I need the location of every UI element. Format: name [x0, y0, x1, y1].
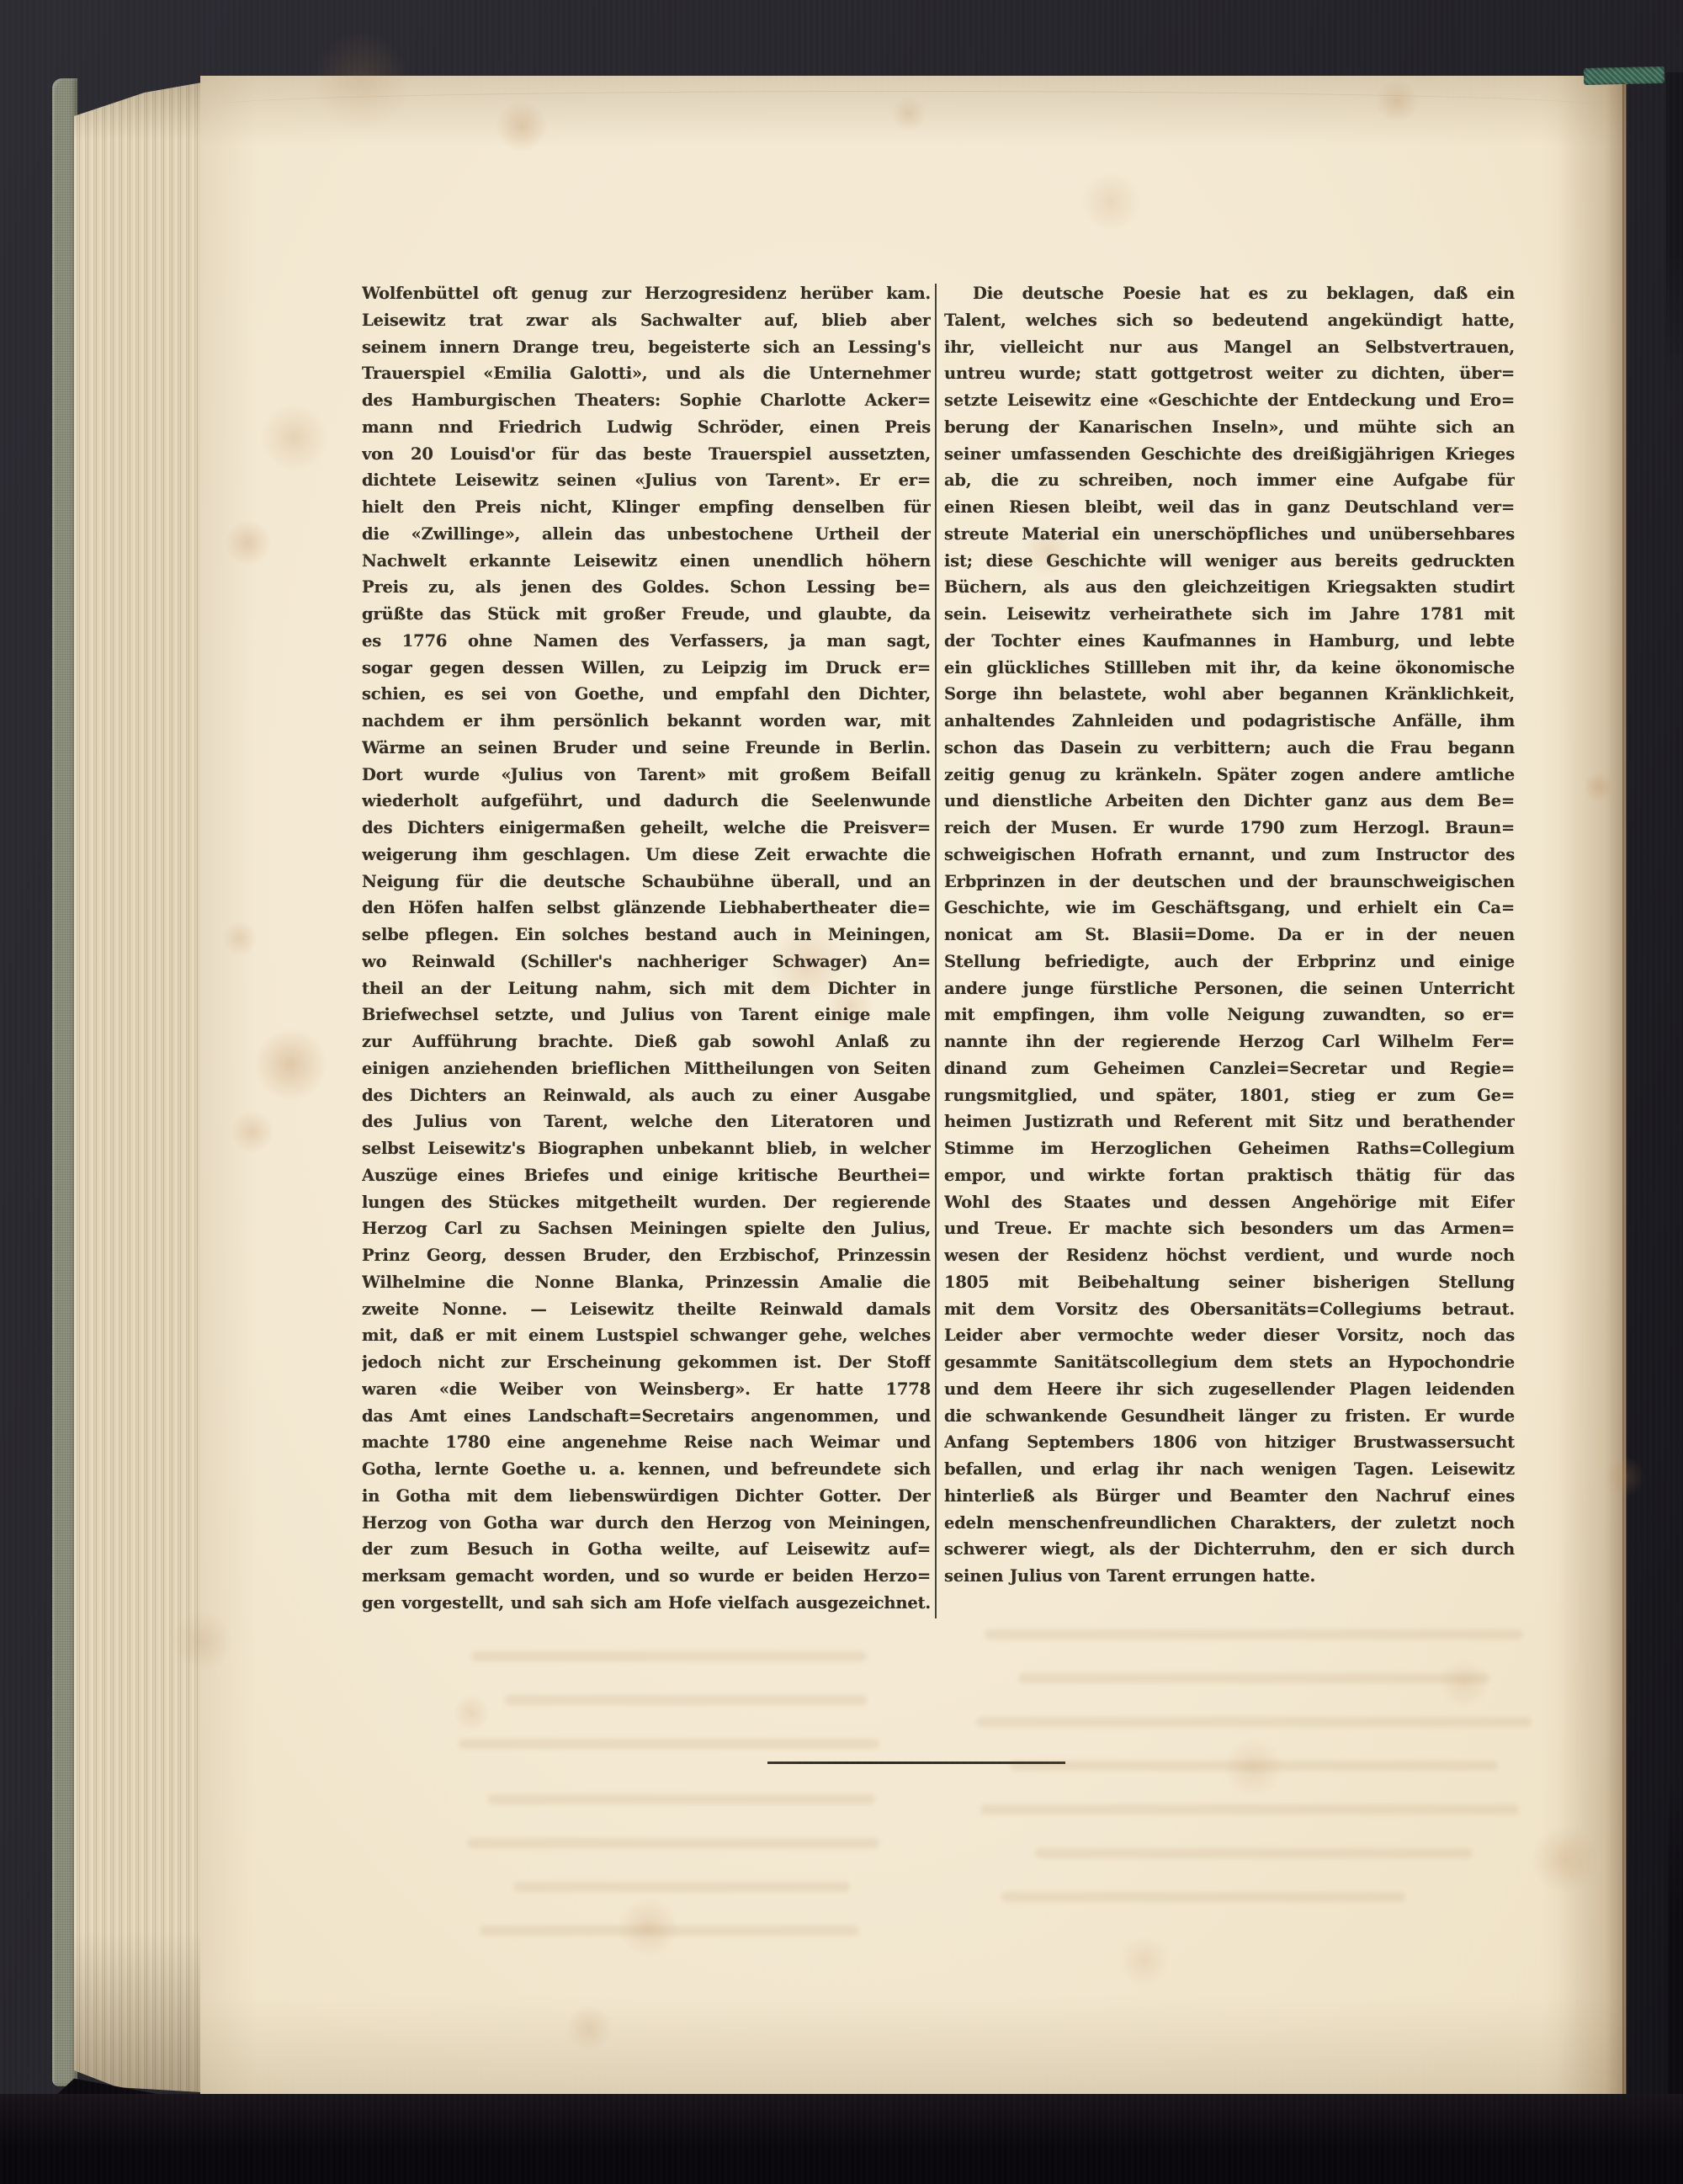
text-line: hinterließ als Bürger und Beamter den Na…	[944, 1483, 1515, 1510]
text-line: wesen der Residenz höchst verdient, und …	[944, 1242, 1515, 1269]
text-line: Stimme im Herzoglichen Geheimen Raths=Co…	[944, 1135, 1515, 1162]
text-line: den Höfen halfen selbst glänzende Liebha…	[362, 895, 931, 922]
text-line: das Amt eines Landschaft=Secretairs ange…	[362, 1403, 931, 1430]
text-line: wo Reinwald (Schiller's nachheriger Schw…	[362, 949, 931, 975]
text-line: theil an der Leitung nahm, sich mit dem …	[362, 975, 931, 1002]
text-line: einigen anziehenden brieflichen Mittheil…	[362, 1055, 931, 1082]
book-cover-edge	[52, 78, 77, 2086]
text-line: Gotha, lernte Goethe u. a. kennen, und b…	[362, 1456, 931, 1483]
text-line: mit dem Vorsitz des Obersanitäts=Collegi…	[944, 1296, 1515, 1323]
text-line: edeln menschenfreundlichen Charakters, d…	[944, 1510, 1515, 1537]
text-line: zur Aufführung brachte. Dieß gab sowohl …	[362, 1028, 931, 1055]
text-line: einen Riesen bleibt, weil das in ganz De…	[944, 494, 1515, 521]
text-line: seinem innern Drange treu, begeisterte s…	[362, 334, 931, 361]
text-line: weigerung ihm geschlagen. Um diese Zeit …	[362, 842, 931, 869]
text-line: untreu wurde; statt gottgetrost weiter z…	[944, 360, 1515, 387]
book-photo: Wolfenbüttel oft genug zur Herzogresiden…	[0, 0, 1683, 2184]
text-line: die schwankende Gesundheit länger zu fri…	[944, 1403, 1515, 1430]
text-line: schwerer wiegt, als der Dichterruhm, den…	[944, 1536, 1515, 1563]
text-line: schon das Dasein zu verbittern; auch die…	[944, 735, 1515, 762]
text-line: mit empfingen, ihm volle Neigung zuwandt…	[944, 1002, 1515, 1028]
text-line: der Tochter eines Kaufmannes in Hamburg,…	[944, 628, 1515, 655]
text-line: ist; diese Geschichte will weniger aus b…	[944, 548, 1515, 575]
text-line: andere junge fürstliche Personen, die se…	[944, 975, 1515, 1002]
text-line: schien, es sei von Goethe, und empfahl d…	[362, 681, 931, 708]
text-line: dichtete Leisewitz seinen «Julius von Ta…	[362, 467, 931, 494]
text-line: Nachwelt erkannte Leisewitz einen unendl…	[362, 548, 931, 575]
text-line: und Treue. Er machte sich besonders um d…	[944, 1215, 1515, 1242]
text-line: selbe pflegen. Ein solches bestand auch …	[362, 922, 931, 949]
text-line: Herzog Carl zu Sachsen Meiningen spielte…	[362, 1215, 931, 1242]
text-line: in Gotha mit dem liebenswürdigen Dichter…	[362, 1483, 931, 1510]
text-line: nachdem er ihm persönlich bekannt worden…	[362, 708, 931, 735]
text-line: mann nnd Friedrich Ludwig Schröder, eine…	[362, 414, 931, 441]
text-line: seinen Julius von Tarent errungen hatte.	[944, 1563, 1515, 1590]
text-line: 1805 mit Beibehaltung seiner bisherigen …	[944, 1269, 1515, 1296]
text-line: Geschichte, wie im Geschäftsgang, und er…	[944, 895, 1515, 922]
text-line: Preis zu, als jenen des Goldes. Schon Le…	[362, 574, 931, 601]
cover-cloth-top-right	[1584, 66, 1664, 85]
text-line: selbst Leisewitz's Biographen unbekannt …	[362, 1135, 931, 1162]
text-line: Wolfenbüttel oft genug zur Herzogresiden…	[362, 280, 931, 307]
text-line: zeitig genug zu kränkeln. Später zogen a…	[944, 762, 1515, 789]
text-line: reich der Musen. Er wurde 1790 zum Herzo…	[944, 815, 1515, 842]
text-line: Briefwechsel setzte, und Julius von Tare…	[362, 1002, 931, 1028]
text-line: ein glückliches Stillleben mit ihr, da k…	[944, 655, 1515, 682]
text-line: heimen Justizrath und Referent mit Sitz …	[944, 1108, 1515, 1135]
text-line: waren «die Weiber von Weinsberg». Er hat…	[362, 1376, 931, 1403]
text-line: setzte Leisewitz eine «Geschichte der En…	[944, 387, 1515, 414]
text-line: des Dichters einigermaßen geheilt, welch…	[362, 815, 931, 842]
text-line: Auszüge eines Briefes und einige kritisc…	[362, 1162, 931, 1189]
text-line: mit, daß er mit einem Lustspiel schwange…	[362, 1322, 931, 1349]
backdrop-bottom	[0, 2094, 1683, 2184]
text-line: anhaltendes Zahnleiden und podagristisch…	[944, 708, 1515, 735]
text-line: grüßte das Stück mit großer Freude, und …	[362, 601, 931, 628]
text-line: nonicat am St. Blasii=Dome. Da er in der…	[944, 922, 1515, 949]
text-line: Büchern, als aus den gleichzeitigen Krie…	[944, 574, 1515, 601]
end-rule	[767, 1762, 1065, 1764]
text-line: dinand zum Geheimen Canzlei=Secretar und…	[944, 1055, 1515, 1082]
backdrop-edge-top-right	[1666, 72, 1683, 392]
text-line: Wärme an seinen Bruder und seine Freunde…	[362, 735, 931, 762]
text-line: Leisewitz trat zwar als Sachwalter auf, …	[362, 307, 931, 334]
text-line: empor, und wirkte fortan praktisch thäti…	[944, 1162, 1515, 1189]
column-divider	[935, 284, 937, 1618]
text-line: Talent, welches sich so bedeutend angekü…	[944, 307, 1515, 334]
text-line: sein. Leisewitz verheirathete sich im Ja…	[944, 601, 1515, 628]
text-line: Erbprinzen in der deutschen und der brau…	[944, 869, 1515, 895]
text-line: es 1776 ohne Namen des Verfassers, ja ma…	[362, 628, 931, 655]
text-line: lungen des Stückes mitgetheilt wurden. D…	[362, 1189, 931, 1216]
text-line: Herzog von Gotha war durch den Herzog vo…	[362, 1510, 931, 1537]
text-line: Wilhelmine die Nonne Blanka, Prinzessin …	[362, 1269, 931, 1296]
text-line: von 20 Louisd'or für das beste Trauerspi…	[362, 441, 931, 468]
text-line: Neigung für die deutsche Schaubühne über…	[362, 869, 931, 895]
text-line: Anfang Septembers 1806 von hitziger Brus…	[944, 1429, 1515, 1456]
text-line: wiederholt aufgeführt, und dadurch die S…	[362, 788, 931, 815]
text-line: Prinz Georg, dessen Bruder, den Erzbisch…	[362, 1242, 931, 1269]
gutter-shadow	[1558, 76, 1626, 2097]
text-line: nannte ihn der regierende Herzog Carl Wi…	[944, 1028, 1515, 1055]
text-line: gen vorgestellt, und sah sich am Hofe vi…	[362, 1590, 931, 1617]
text-line: seiner umfassenden Geschichte des dreißi…	[944, 441, 1515, 468]
gutter-crease	[1622, 74, 1627, 2097]
text-line: jedoch nicht zur Erscheinung gekommen is…	[362, 1349, 931, 1376]
text-column-right: Die deutsche Poesie hat es zu beklagen, …	[944, 280, 1515, 1590]
text-line: Trauerspiel «Emilia Galotti», und als di…	[362, 360, 931, 387]
text-line: und dem Heere ihr sich zugesellender Pla…	[944, 1376, 1515, 1403]
text-line: der zum Besuch in Gotha weilte, auf Leis…	[362, 1536, 931, 1563]
text-line: merksam gemacht worden, und so wurde er …	[362, 1563, 931, 1590]
text-line: die «Zwillinge», allein das unbestochene…	[362, 521, 931, 548]
text-line: Dort wurde «Julius von Tarent» mit große…	[362, 762, 931, 789]
text-column-left: Wolfenbüttel oft genug zur Herzogresiden…	[362, 280, 931, 1617]
text-line: und dienstliche Arbeiten den Dichter gan…	[944, 788, 1515, 815]
text-line: sogar gegen dessen Willen, zu Leipzig im…	[362, 655, 931, 682]
text-line: machte 1780 eine angenehme Reise nach We…	[362, 1429, 931, 1456]
text-line: Stellung befriedigte, auch der Erbprinz …	[944, 949, 1515, 975]
text-line: ihr, vielleicht nur aus Mangel an Selbst…	[944, 334, 1515, 361]
page-fore-edges	[74, 81, 202, 2092]
text-line: Leider aber vermochte weder dieser Vorsi…	[944, 1322, 1515, 1349]
text-line: befallen, und erlag ihr nach wenigen Tag…	[944, 1456, 1515, 1483]
text-line: rungsmitglied, und später, 1801, stieg e…	[944, 1082, 1515, 1109]
text-line: des Julius von Tarent, welche den Litera…	[362, 1108, 931, 1135]
text-line: hielt den Preis nicht, Klinger empfing d…	[362, 494, 931, 521]
text-line: gesammte Sanitätscollegium dem stets an …	[944, 1349, 1515, 1376]
backdrop-edge-bottom-right	[1668, 1776, 1683, 2097]
text-line: des Hamburgischen Theaters: Sophie Charl…	[362, 387, 931, 414]
text-line: streute Material ein unerschöpfliches un…	[944, 521, 1515, 548]
text-line: Die deutsche Poesie hat es zu beklagen, …	[944, 280, 1515, 307]
text-line: zweite Nonne. — Leisewitz theilte Reinwa…	[362, 1296, 931, 1323]
text-line: Sorge ihn belastete, wohl aber begannen …	[944, 681, 1515, 708]
text-line: ab, die zu schreiben, noch immer eine Au…	[944, 467, 1515, 494]
text-line: des Dichters an Reinwald, als auch zu ei…	[362, 1082, 931, 1109]
text-line: Wohl des Staates und dessen Angehörige m…	[944, 1189, 1515, 1216]
text-line: berung der Kanarischen Inseln», und müht…	[944, 414, 1515, 441]
text-line: schweigischen Hofrath ernannt, und zum I…	[944, 842, 1515, 869]
